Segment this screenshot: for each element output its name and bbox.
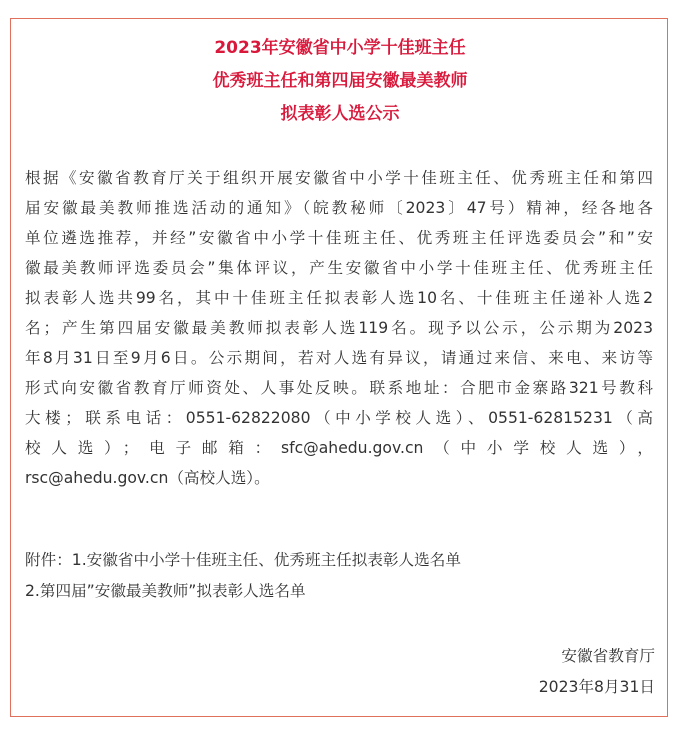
body-line: 届安徽最美教师推选活动的通知》（皖教秘师〔2023〕47号）精神，经各地各 [25,197,653,219]
attachment-item-2: 2.第四届”安徽最美教师”拟表彰人选名单 [25,580,306,602]
notice-title-line-1: 2023年安徽省中小学十佳班主任 [0,38,680,58]
notice-title-line-3: 拟表彰人选公示 [0,104,680,124]
body-line-email: rsc@ahedu.gov.cn（高校人选）。 [25,467,653,489]
body-line: 徽最美教师评选委员会”集体评议，产生安徽省中小学十佳班主任、优秀班主任 [25,257,653,279]
issue-date: 2023年8月31日 [539,676,655,698]
body-line: 年8月31日至9月6日。公示期间，若对人选有异议，请通过来信、来电、来访等 [25,347,653,369]
body-line: 根据《安徽省教育厅关于组织开展安徽省中小学十佳班主任、优秀班主任和第四 [25,167,653,189]
body-line: 单位遴选推荐，并经”安徽省中小学十佳班主任、优秀班主任评选委员会”和”安 [25,227,653,249]
issuer-name: 安徽省教育厅 [561,645,655,667]
body-line: 形式向安徽省教育厅师资处、人事处反映。联系地址：合肥市金寨路321号教科 [25,377,653,399]
notice-title-line-2: 优秀班主任和第四届安徽最美教师 [0,71,680,91]
body-line: 拟表彰人选共99名，其中十佳班主任拟表彰人选10名、十佳班主任递补人选2 [25,287,653,309]
attachment-item-1: 附件：1.安徽省中小学十佳班主任、优秀班主任拟表彰人选名单 [25,549,461,571]
body-line-email: 校人选）；电子邮箱：sfc@ahedu.gov.cn（中小学校人选）， [25,437,653,459]
body-line: 名；产生第四届安徽最美教师拟表彰人选119名。现予以公示，公示期为2023 [25,317,653,339]
body-line: 大楼；联系电话：0551-62822080（中小学校人选）、0551-62815… [25,407,653,429]
